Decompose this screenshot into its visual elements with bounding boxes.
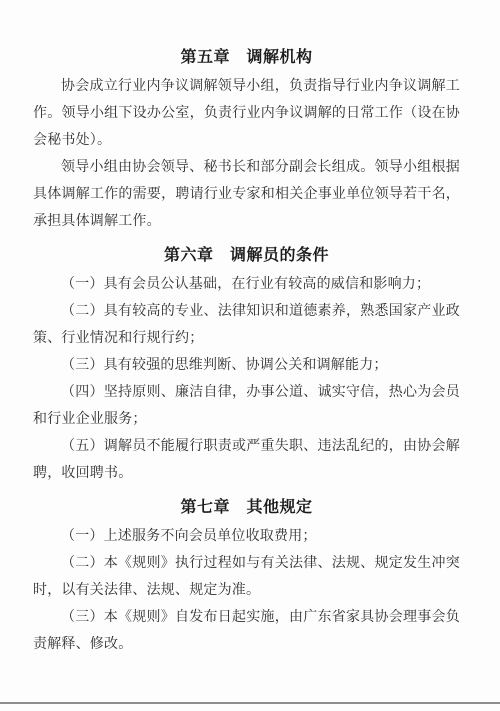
list-item-3: （三）本《规则》自发布日起实施，由广东省家具协会理事会负责解释、修改。 — [33, 604, 460, 658]
list-item-2: （二）具有较高的专业、法律知识和道德素养，熟悉国家产业政策、行业情况和行规行约； — [33, 298, 460, 352]
chapter-6-heading: 第六章 调解员的条件 — [33, 242, 460, 269]
list-item-4: （四）坚持原则、廉洁自律，办事公道、诚实守信，热心为会员和行业企业服务； — [33, 379, 460, 433]
chapter-7: 第七章 其他规定 （一）上述服务不向会员单位收取费用； （二）本《规则》执行过程… — [33, 494, 460, 658]
document-content: 第五章 调解机构 协会成立行业内争议调解领导小组，负责指导行业内争议调解工作。领… — [33, 44, 460, 658]
list-item-2: （二）本《规则》执行过程如与有关法律、法规、规定发生冲突时，以有关法律、法规、规… — [33, 550, 460, 604]
list-item-3: （三）具有较强的思维判断、协调公关和调解能力； — [33, 352, 460, 379]
document-page: 第五章 调解机构 协会成立行业内争议调解领导小组，负责指导行业内争议调解工作。领… — [0, 0, 500, 711]
paragraph: 协会成立行业内争议调解领导小组，负责指导行业内争议调解工作。领导小组下设办公室，… — [33, 73, 460, 154]
list-item-1: （一）具有会员公认基础，在行业有较高的威信和影响力； — [33, 271, 460, 298]
chapter-5-heading: 第五章 调解机构 — [33, 44, 460, 71]
page-bottom-divider — [0, 702, 500, 704]
list-item-1: （一）上述服务不向会员单位收取费用； — [33, 523, 460, 550]
chapter-5: 第五章 调解机构 协会成立行业内争议调解领导小组，负责指导行业内争议调解工作。领… — [33, 44, 460, 235]
list-item-5: （五）调解员不能履行职责或严重失职、违法乱纪的，由协会解聘，收回聘书。 — [33, 433, 460, 487]
chapter-6: 第六章 调解员的条件 （一）具有会员公认基础，在行业有较高的威信和影响力； （二… — [33, 242, 460, 487]
paragraph: 领导小组由协会领导、秘书长和部分副会长组成。领导小组根据具体调解工作的需要，聘请… — [33, 154, 460, 235]
chapter-7-heading: 第七章 其他规定 — [33, 494, 460, 521]
